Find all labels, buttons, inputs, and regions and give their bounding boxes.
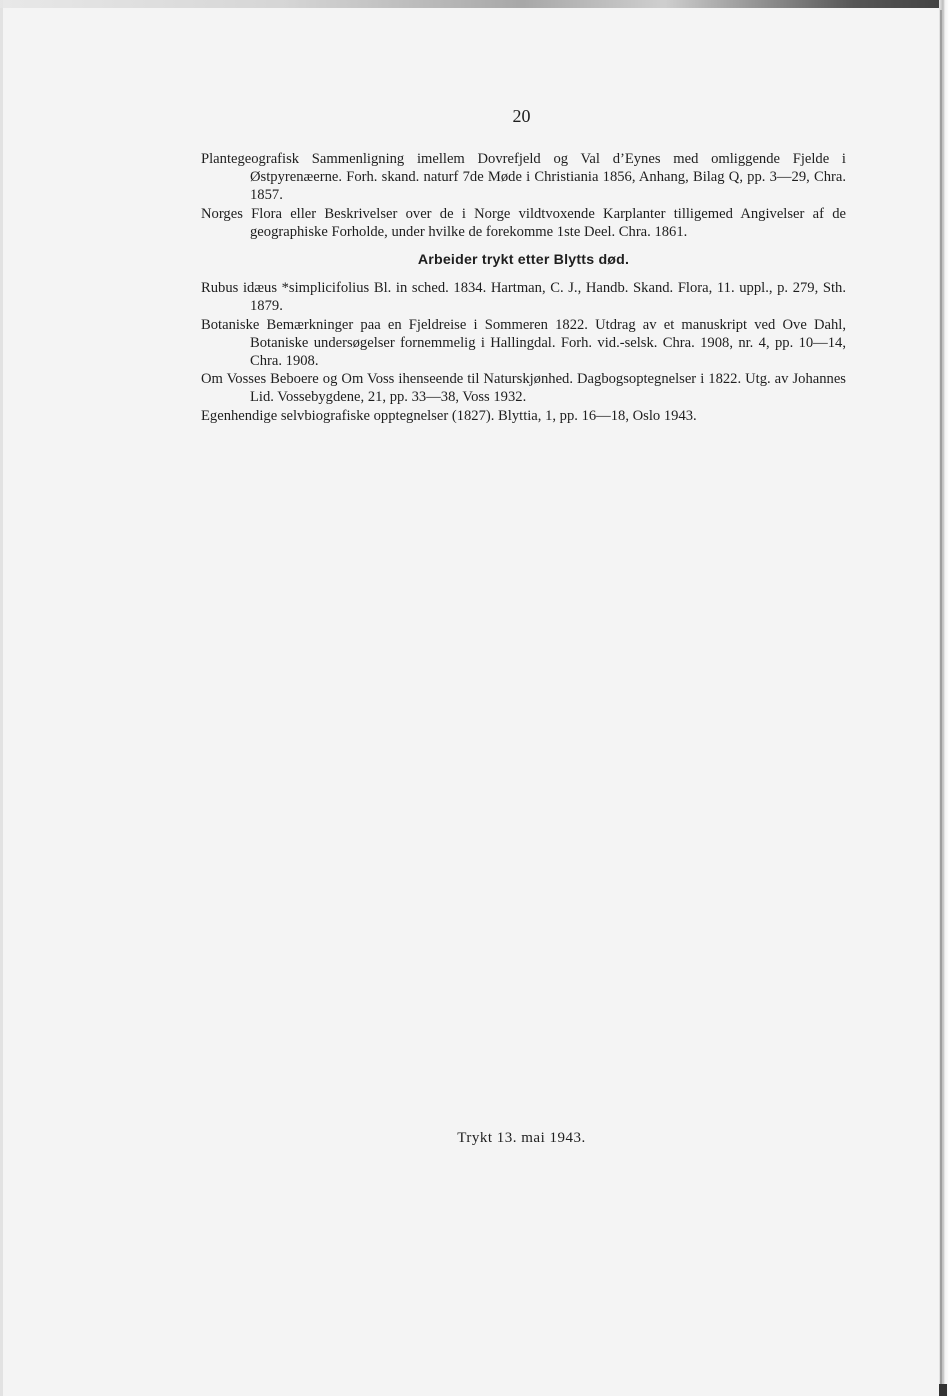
section-heading: Arbeider trykt etter Blytts død. [201, 251, 846, 269]
bibliography-entry: Plantegeografisk Sammenligning imellem D… [201, 150, 846, 205]
printed-date: Trykt 13. mai 1943. [0, 1130, 949, 1147]
bibliography-entry: Botaniske Bemærkninger paa en Fjeldreise… [201, 316, 846, 371]
page-number: 20 [0, 106, 949, 127]
scan-corner-mark [939, 1384, 947, 1396]
scan-right-line [940, 10, 942, 1390]
bibliography: Plantegeografisk Sammenligning imellem D… [201, 150, 846, 425]
bibliography-entry: Rubus idæus *simplicifolius Bl. in sched… [201, 279, 846, 315]
bibliography-entry: Egenhendige selvbiografiske opptegnelser… [201, 407, 846, 425]
bibliography-entry: Norges Flora eller Beskrivelser over de … [201, 205, 846, 241]
page-left-edge [0, 0, 3, 1396]
scan-top-edge [0, 0, 949, 8]
bibliography-entry: Om Vosses Beboere og Om Voss ihenseende … [201, 370, 846, 406]
